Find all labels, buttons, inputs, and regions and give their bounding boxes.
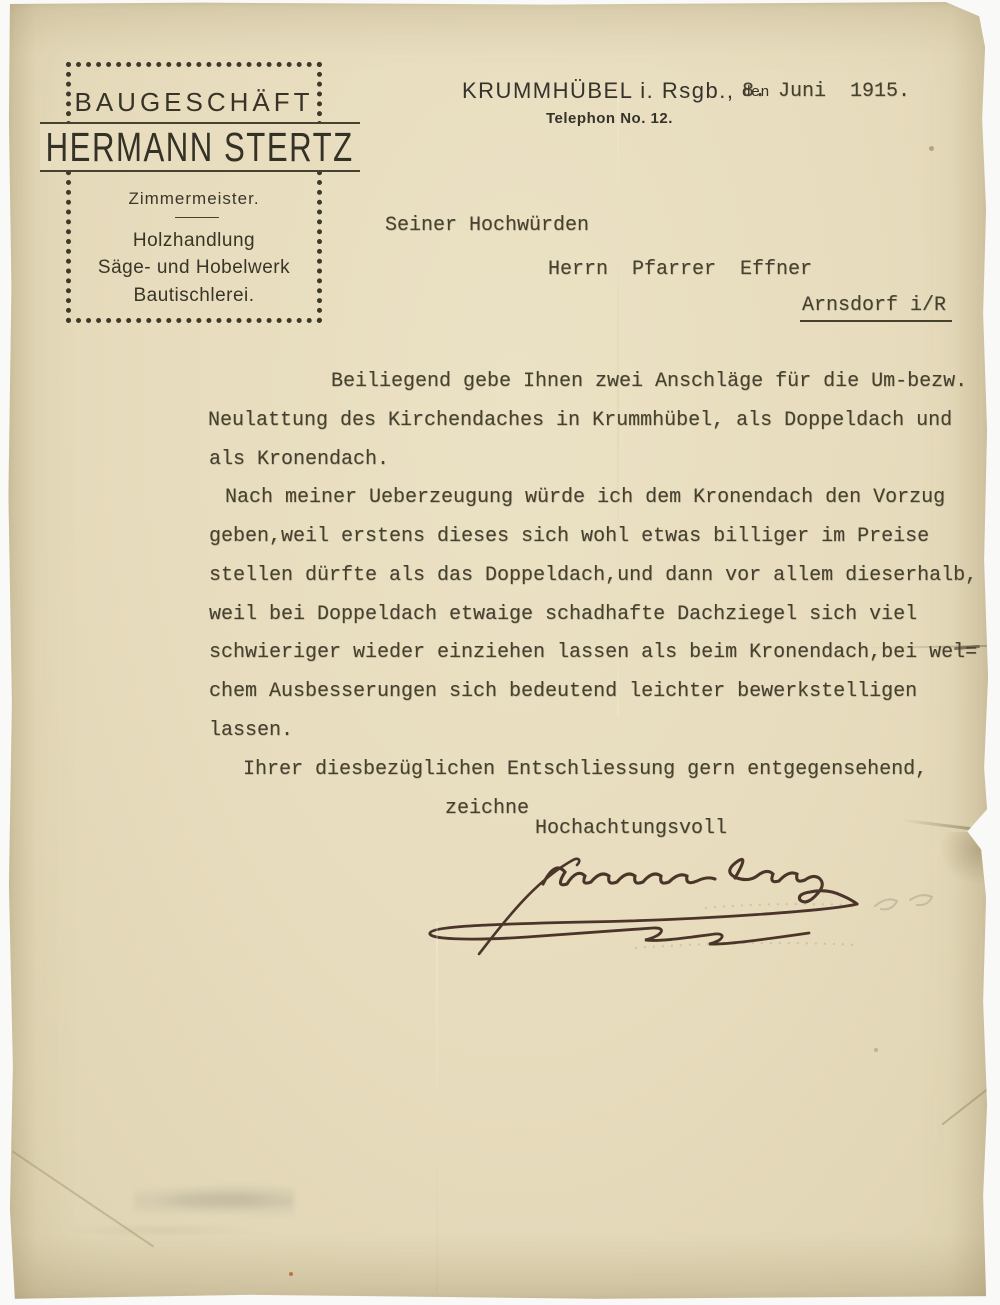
letterhead-divider-rule [175,217,219,218]
body-line: schwieriger wieder einziehen lassen als … [209,641,977,664]
foxing-spot [289,1272,293,1276]
letter-sheet: BAUGESCHÄFT Zimmermeister. Holzhandlung … [6,2,990,1300]
recipient-name: Herrn Pfarrer Effner [548,258,812,281]
body-line: Beiliegend gebe Ihnen zwei Anschläge für… [331,370,967,393]
signature-handwriting [405,848,965,960]
body-line: Nach meiner Ueberzeugung würde ich dem K… [225,486,945,509]
service-label-bautischlerei: Bautischlerei. [71,285,317,307]
letterhead-border-box: BAUGESCHÄFT Zimmermeister. Holzhandlung … [66,62,322,323]
vertical-fold-line [617,97,619,717]
closing-zeichne: zeichne [445,797,529,820]
signature-stroke [430,904,857,944]
company-name-band: HERMANN STERTZ [40,122,360,172]
company-type-label: BAUGESCHÄFT [71,87,317,118]
body-line: weil bei Doppeldach etwaige schadhafte D… [209,603,917,626]
pencil-smudge [134,1184,294,1218]
signature-stroke [543,868,715,885]
service-label-holzhandlung: Holzhandlung [71,230,317,252]
closing-line: Ihrer diesbezüglichen Entschliessung ger… [243,758,927,781]
body-line: lassen. [209,719,293,742]
body-line: Neulattung des Kirchendaches in Krummhüb… [208,409,952,432]
recipient-place-underlined: Arnsdorf i/R [800,294,952,322]
body-line: als Kronendach. [209,448,389,471]
service-label-saegewerk: Säge- und Hobelwerk [71,257,317,279]
vertical-fold-line [436,922,438,1292]
body-line: geben,weil erstens dieses sich wohl etwa… [209,525,929,548]
body-line: stellen dürfte als das Doppeldach,und da… [209,564,977,587]
foxing-spot [874,1048,878,1052]
corner-crease [942,1065,1000,1126]
signature-stroke [730,859,857,904]
recipient-salutation: Seiner Hochwürden [385,214,589,237]
place-label: KRUMMHÜBEL i. Rsgb., [462,78,742,103]
foxing-spot [929,146,934,151]
owner-name-label: HERMANN STERTZ [46,124,354,171]
body-line: chem Ausbesserungen sich bedeutend leich… [209,680,917,703]
pencil-smudge [62,1224,262,1236]
telephone-label: Telephon No. 12. [546,110,673,127]
paper-tear-shadow [936,832,990,888]
closing-hochachtungsvoll: Hochachtungsvoll [535,817,727,840]
signature-ghost-marks [875,895,932,909]
paper-tear [902,819,988,832]
typed-date: 8. Juni 1915. [742,80,910,103]
profession-label: Zimmermeister. [71,189,317,209]
